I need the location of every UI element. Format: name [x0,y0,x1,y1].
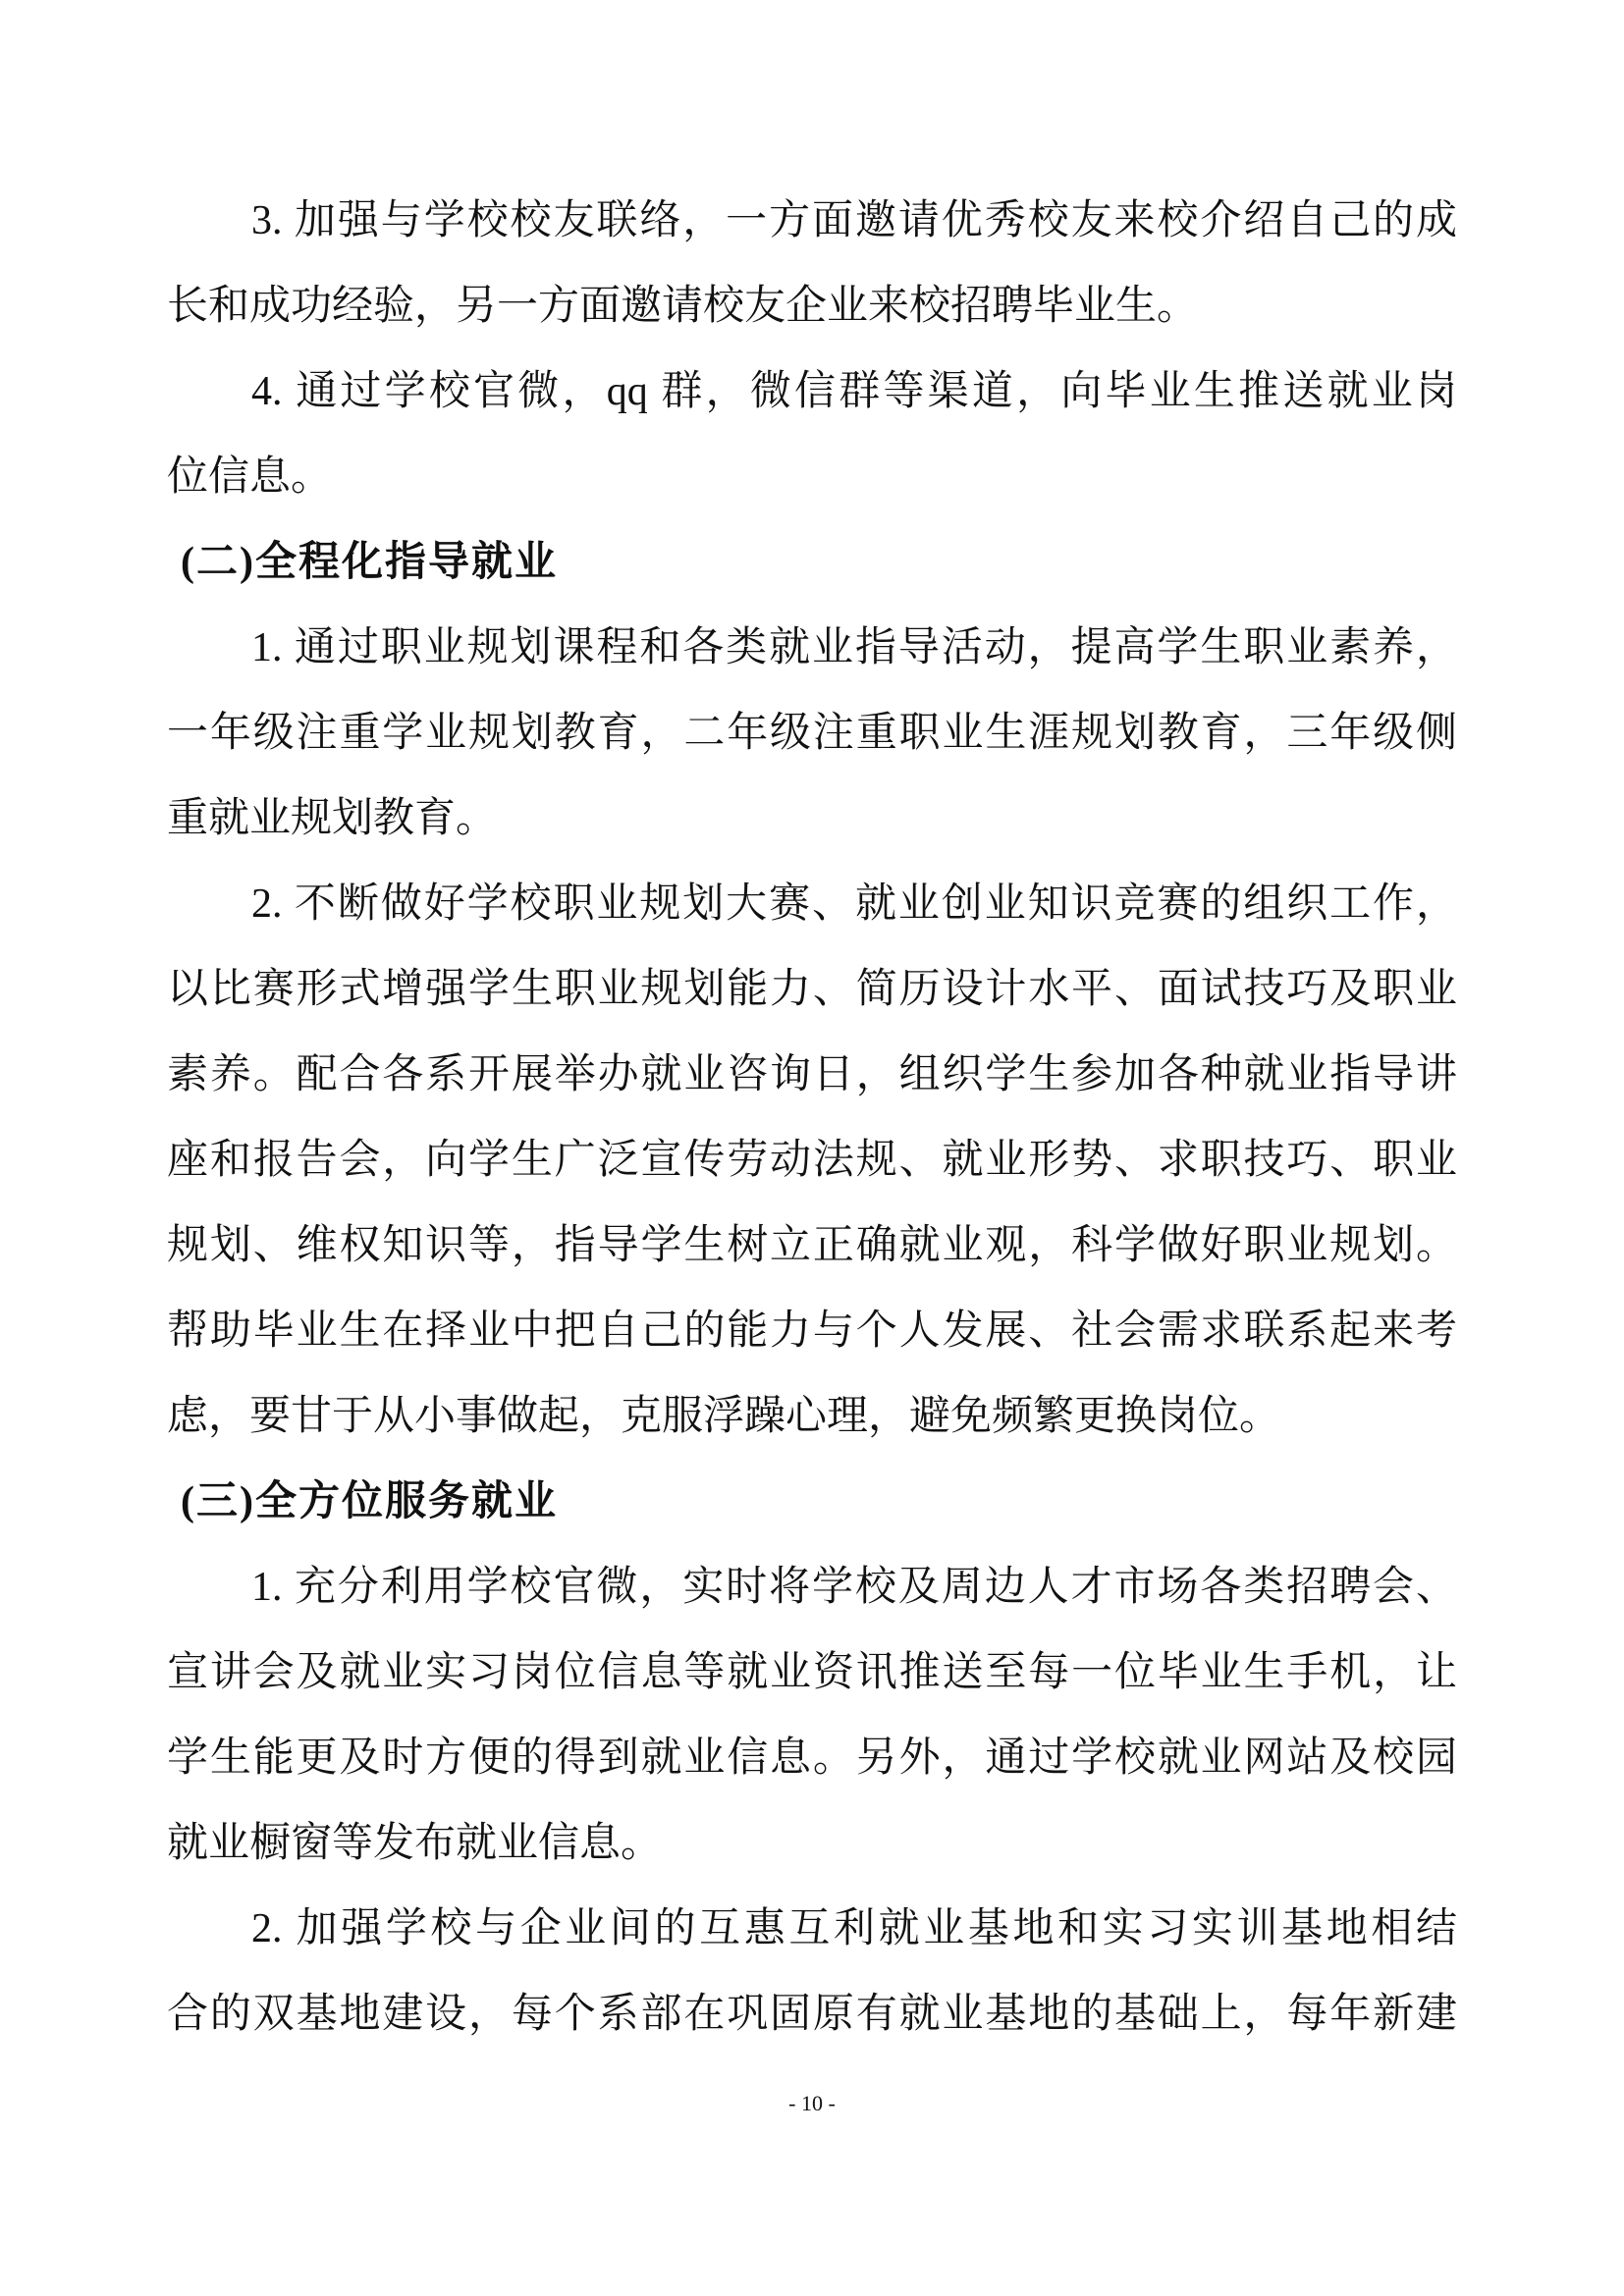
section-heading: (二)全程化指导就业 [167,520,1457,606]
text-line: 素养。配合各系开展举办就业咨询日，组织学生参加各种就业指导讲 [167,1033,1457,1118]
page-number: - 10 - [0,2089,1624,2118]
text-line: 规划、维权知识等，指导学生树立正确就业观，科学做好职业规划。 [167,1203,1457,1289]
text-line: 重就业规划教育。 [167,776,1457,862]
text-line: 1. 充分利用学校官微，实时将学校及周边人才市场各类招聘会、 [167,1545,1457,1630]
document-body: 3. 加强与学校校友联络，一方面邀请优秀校友来校介绍自己的成长和成功经验，另一方… [167,179,1457,2057]
text-line: 座和报告会，向学生广泛宣传劳动法规、就业形势、求职技巧、职业 [167,1118,1457,1203]
text-line: 位信息。 [167,435,1457,520]
section-heading: (三)全方位服务就业 [167,1460,1457,1545]
document-page: 3. 加强与学校校友联络，一方面邀请优秀校友来校介绍自己的成长和成功经验，另一方… [0,0,1624,2296]
text-line: 2. 不断做好学校职业规划大赛、就业创业知识竞赛的组织工作， [167,862,1457,947]
text-line: 2. 加强学校与企业间的互惠互利就业基地和实习实训基地相结 [167,1887,1457,1972]
text-line: 就业橱窗等发布就业信息。 [167,1801,1457,1887]
text-line: 长和成功经验，另一方面邀请校友企业来校招聘毕业生。 [167,264,1457,349]
text-line: 3. 加强与学校校友联络，一方面邀请优秀校友来校介绍自己的成 [167,179,1457,264]
text-line: 以比赛形式增强学生职业规划能力、简历设计水平、面试技巧及职业 [167,947,1457,1033]
text-line: 虑，要甘于从小事做起，克服浮躁心理，避免频繁更换岗位。 [167,1374,1457,1460]
text-line: 合的双基地建设，每个系部在巩固原有就业基地的基础上，每年新建 [167,1972,1457,2057]
text-line: 宣讲会及就业实习岗位信息等就业资讯推送至每一位毕业生手机，让 [167,1630,1457,1716]
text-line: 一年级注重学业规划教育，二年级注重职业生涯规划教育，三年级侧 [167,691,1457,776]
text-line: 帮助毕业生在择业中把自己的能力与个人发展、社会需求联系起来考 [167,1289,1457,1374]
text-line: 学生能更及时方便的得到就业信息。另外，通过学校就业网站及校园 [167,1716,1457,1801]
text-line: 1. 通过职业规划课程和各类就业指导活动，提高学生职业素养， [167,606,1457,691]
text-line: 4. 通过学校官微，qq 群，微信群等渠道，向毕业生推送就业岗 [167,349,1457,435]
